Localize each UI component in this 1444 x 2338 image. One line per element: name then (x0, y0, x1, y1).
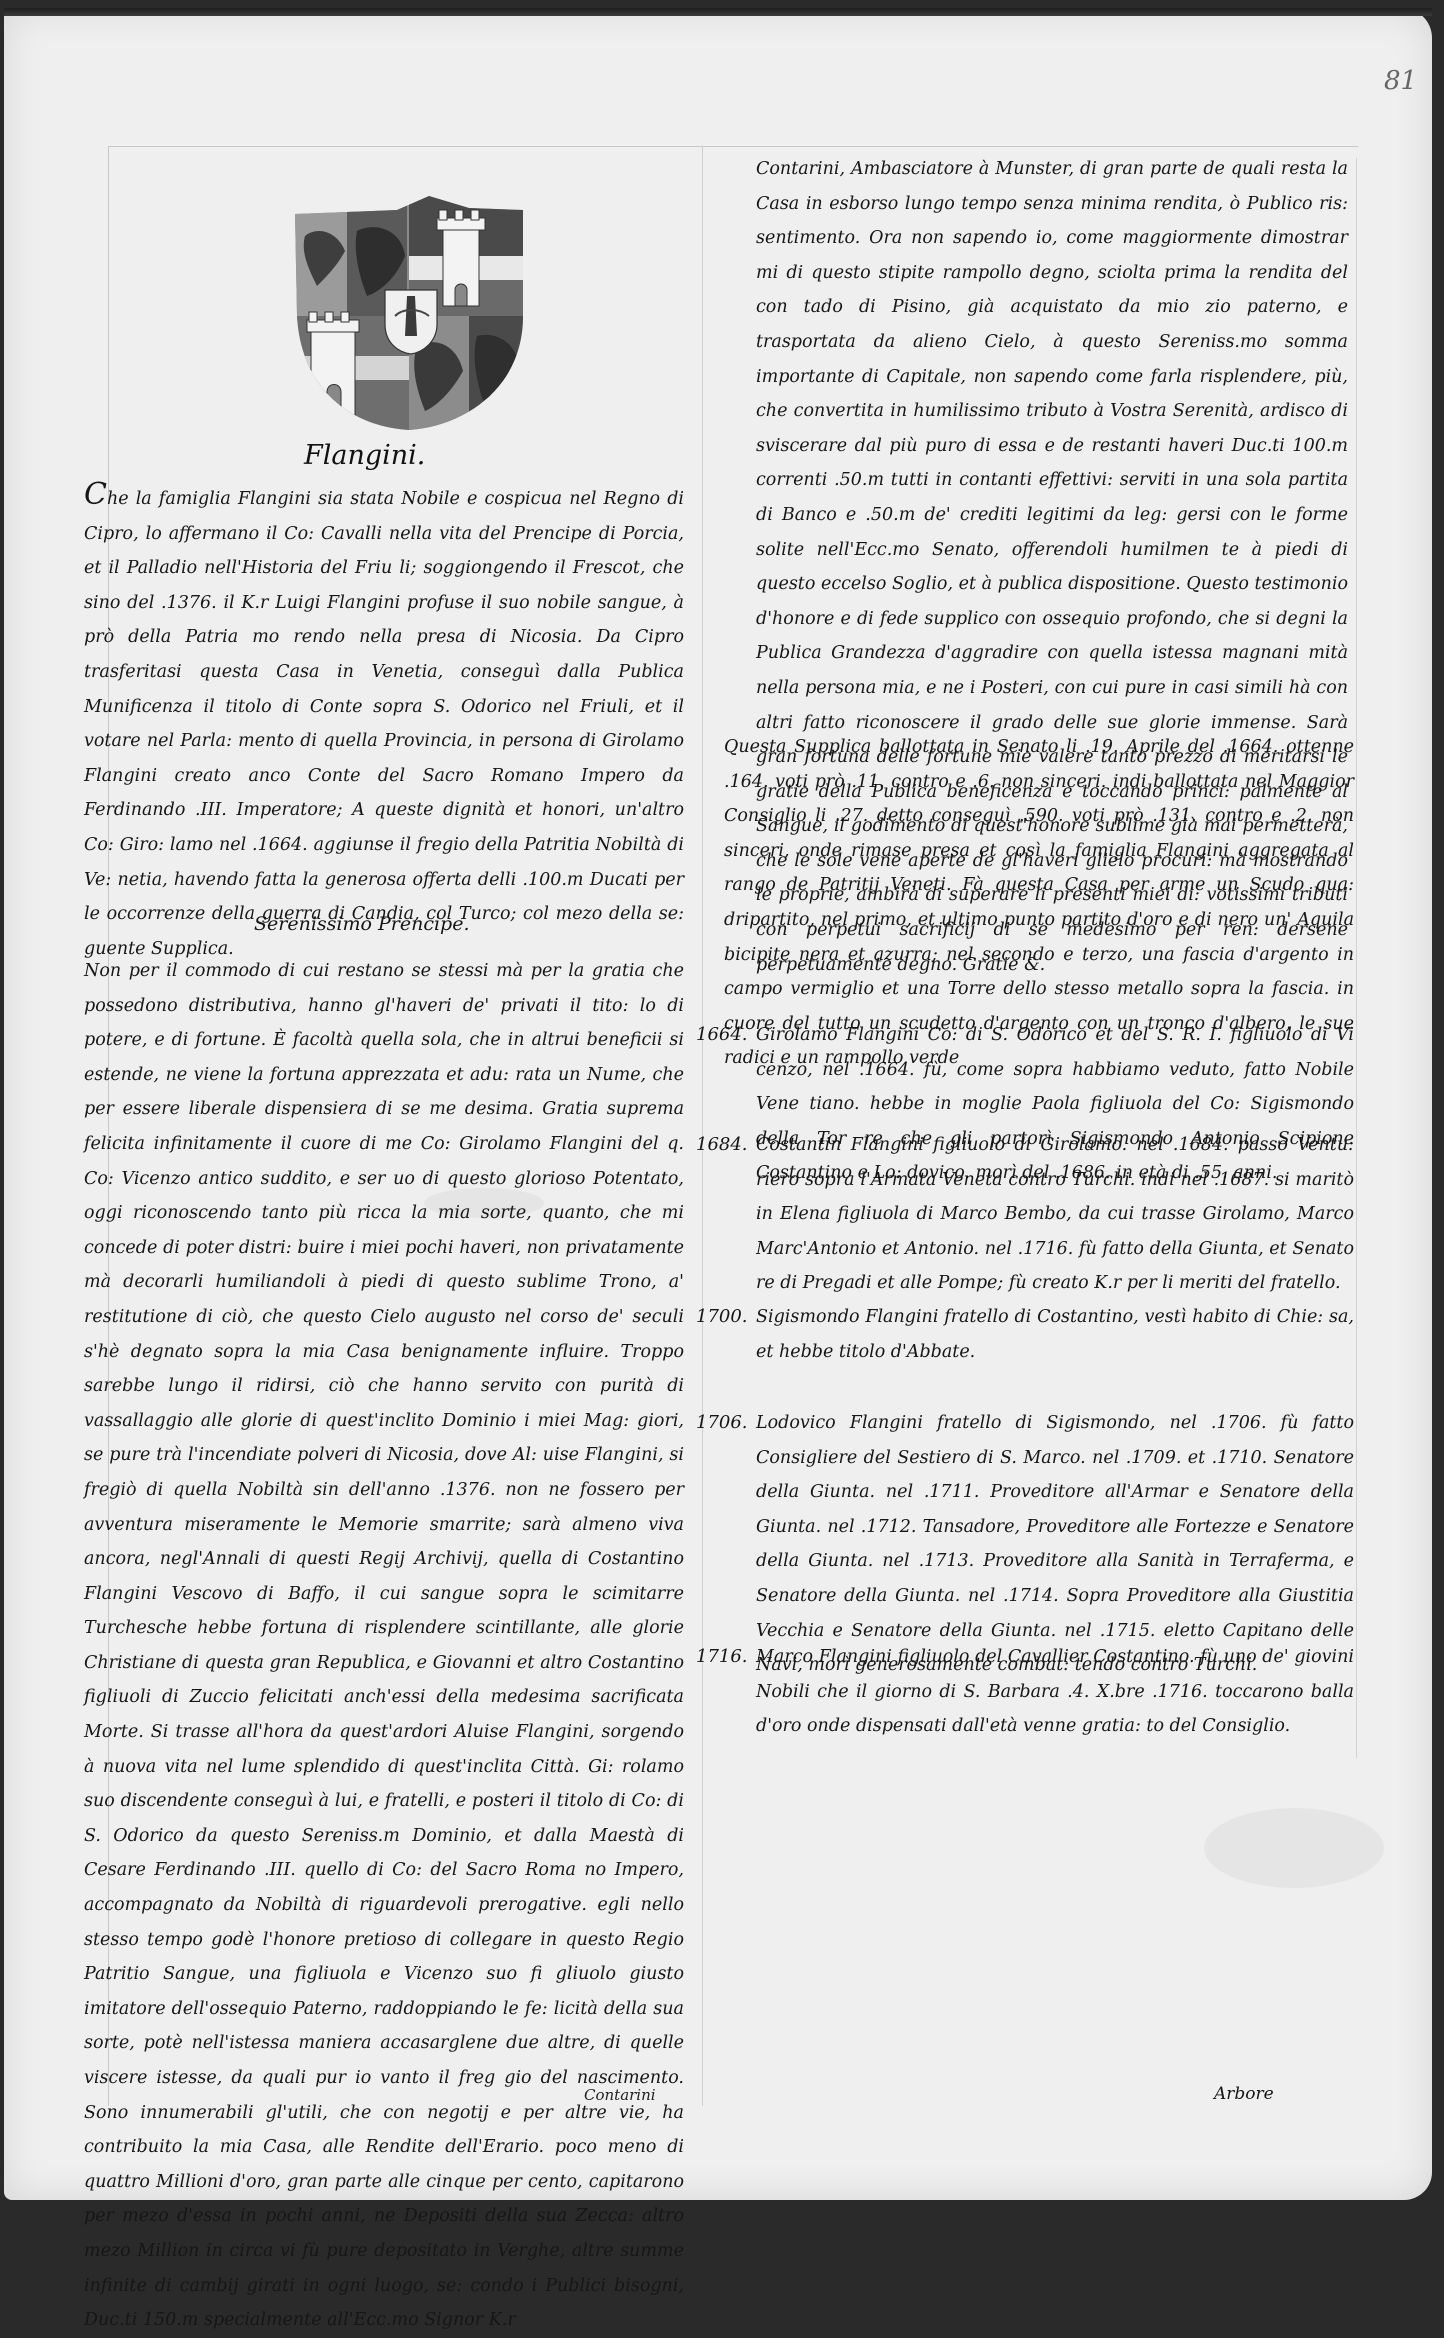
column-catchword-contarini: Contarini (584, 2086, 656, 2104)
entry-year: 1716. (696, 1640, 748, 1675)
entry-text: Sigismondo Flangini fratello di Costanti… (756, 1300, 1354, 1369)
page-top-edge (4, 8, 1432, 16)
genealogy-entry: 1700. Sigismondo Flangini fratello di Co… (708, 1300, 1354, 1369)
entry-year: 1706. (696, 1406, 748, 1441)
genealogy-entry: 1716. Marco Flangini figliuolo del Caval… (708, 1640, 1354, 1744)
genealogy-entry: 1684. Costantin Flangini figliuolo di Gi… (708, 1128, 1354, 1301)
petition-paragraph: Non per il commodo di cui restano se ste… (84, 954, 684, 2208)
ruled-column-divider (702, 146, 703, 2106)
intro-initial: C (84, 477, 107, 512)
entry-text: Costantin Flangini figliuolo di Girolamo… (756, 1128, 1354, 1301)
entry-year: 1700. (696, 1300, 748, 1335)
entry-year: 1664. (696, 1018, 748, 1053)
paper-stain (1204, 1808, 1384, 1888)
folio-number: 81 (1384, 66, 1417, 96)
intro-paragraph: Che la famiglia Flangini sia stata Nobil… (84, 478, 684, 966)
page-catchword: Arbore (1214, 2084, 1274, 2104)
ruled-frame-right (1356, 158, 1357, 1758)
intro-text: he la famiglia Flangini sia stata Nobile… (84, 489, 684, 959)
petition-salutation: Serenissimo Prencipe. (254, 913, 470, 935)
family-name-heading: Flangini. (304, 440, 425, 471)
entry-text: Marco Flangini figliuolo del Cavallier C… (756, 1640, 1354, 1744)
manuscript-page: 81 (4, 8, 1432, 2200)
ruled-frame-top (108, 146, 1358, 147)
entry-year: 1684. (696, 1128, 748, 1163)
coat-of-arms-icon (287, 196, 531, 432)
